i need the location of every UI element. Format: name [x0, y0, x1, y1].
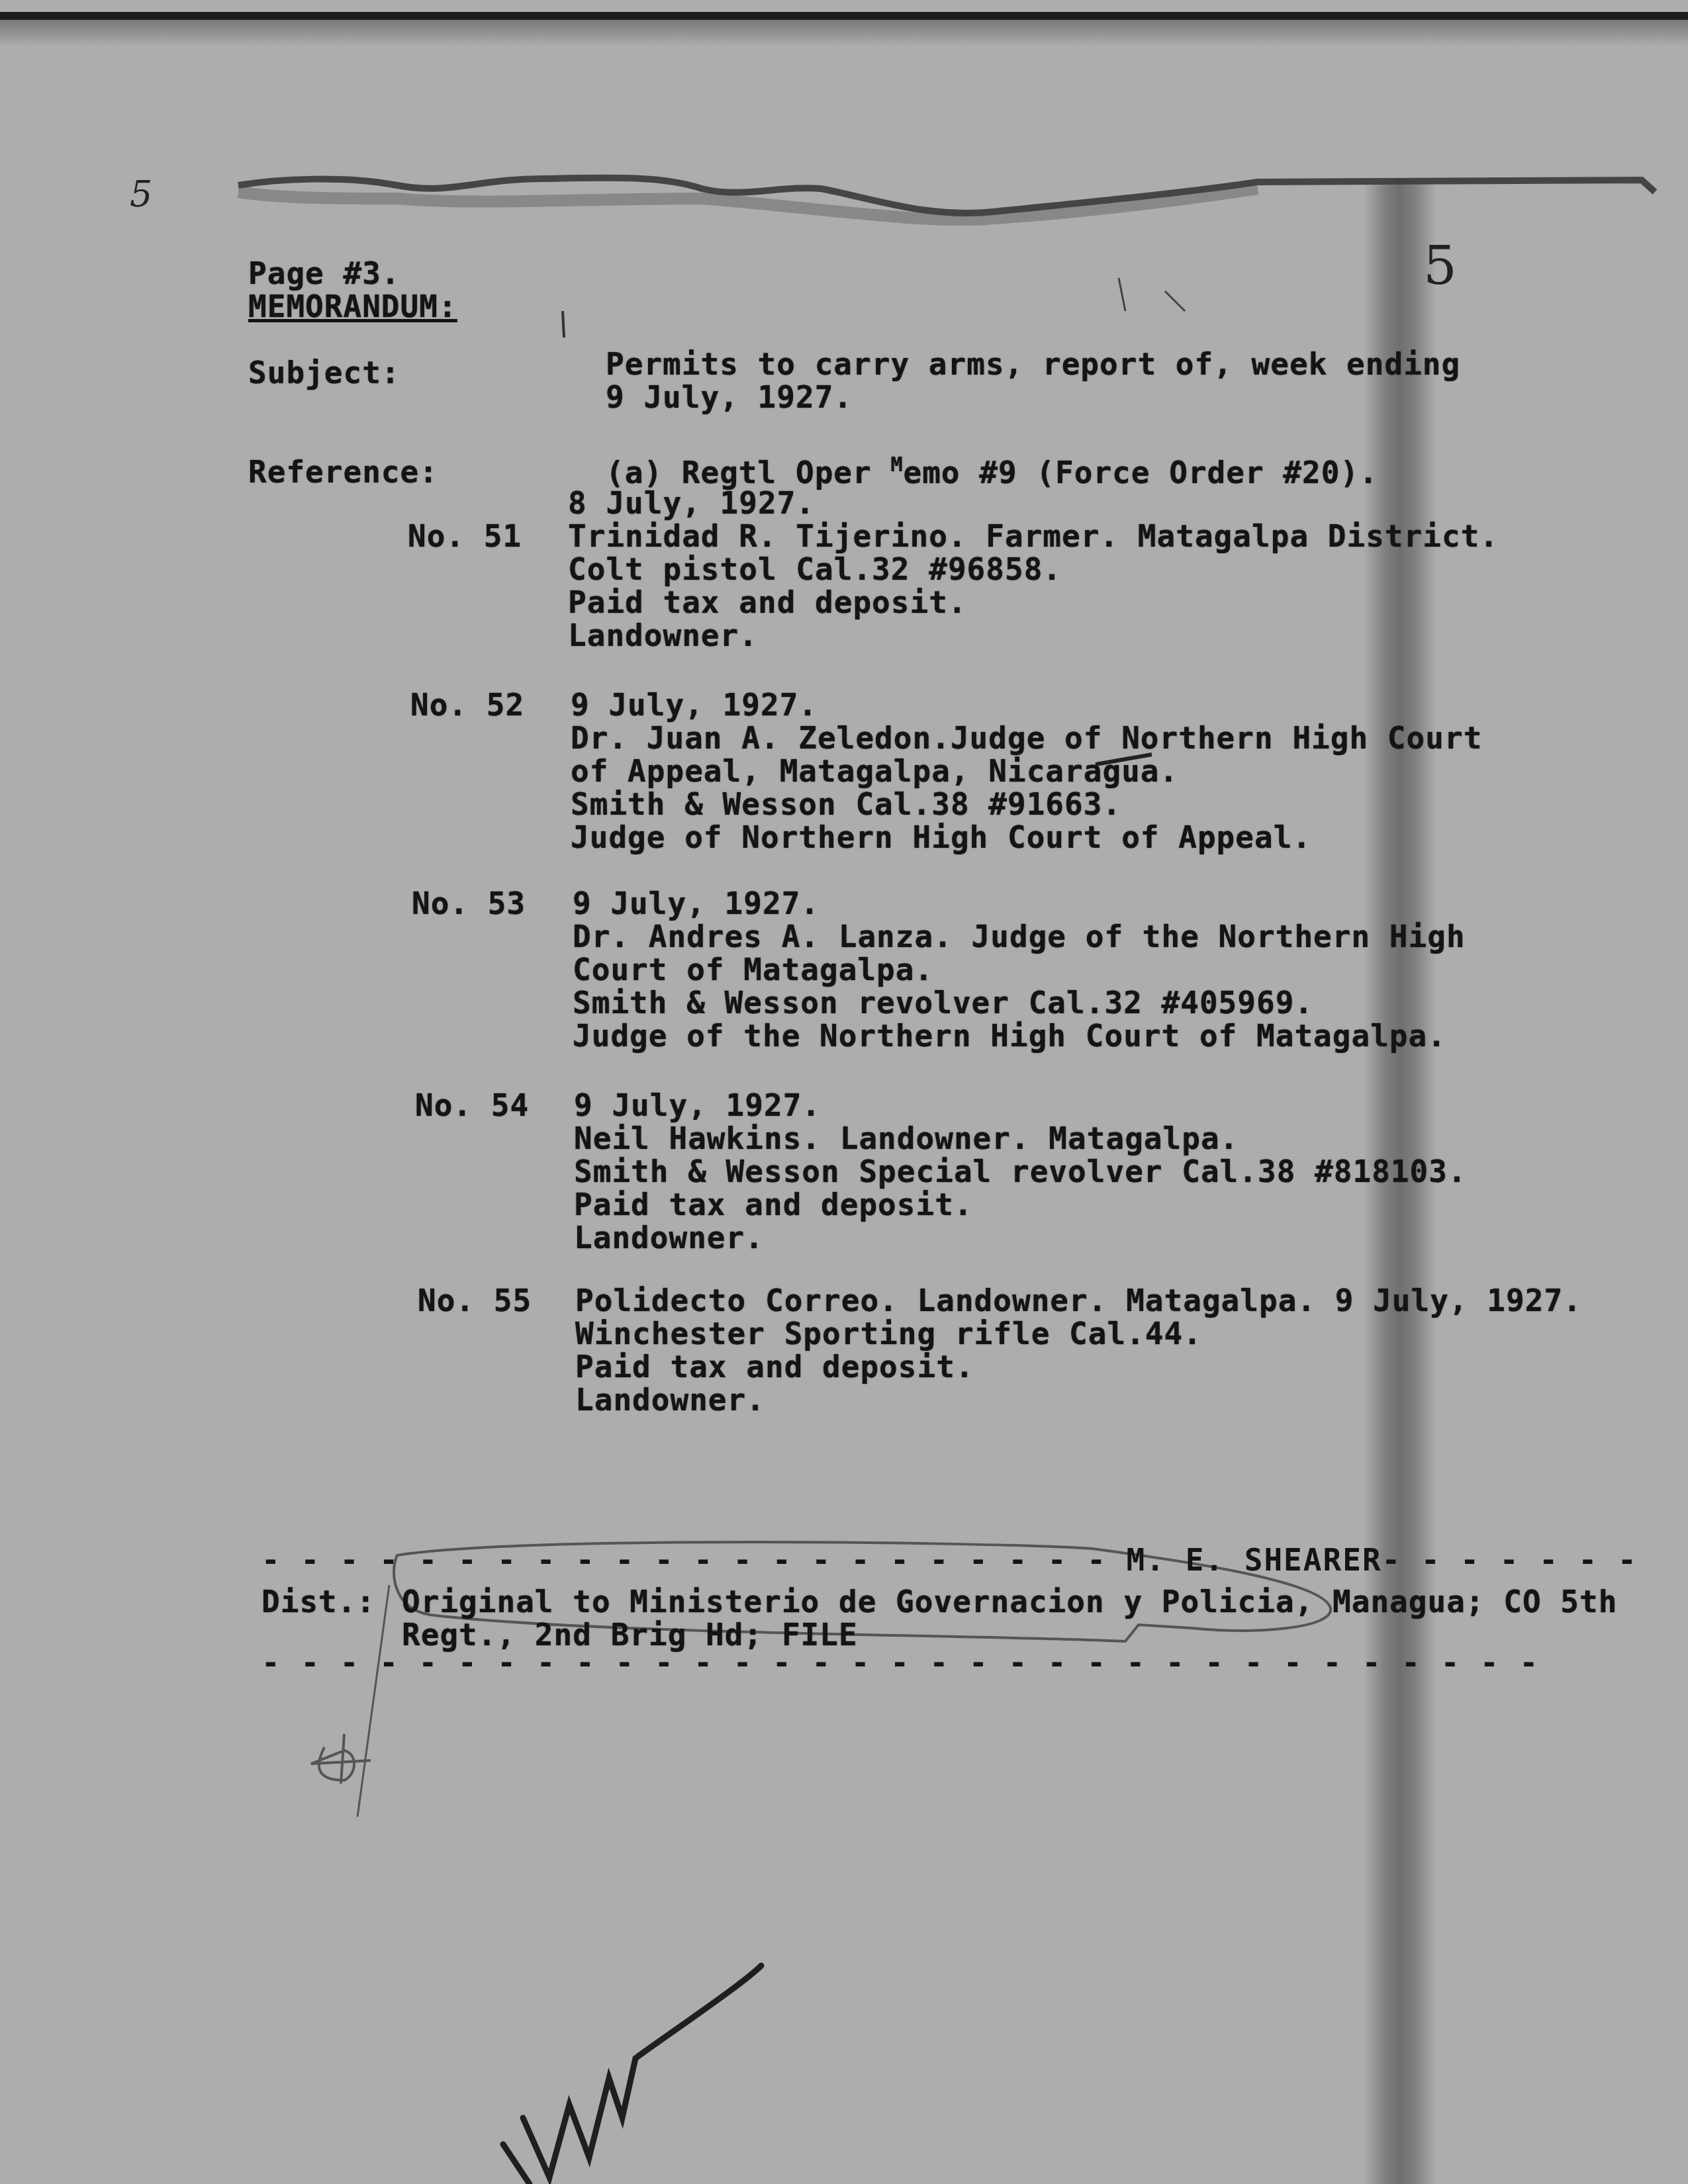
distribution-line-1: Original to Ministerio de Governacion y …: [402, 1585, 1617, 1618]
permit-line: Paid tax and deposit.: [575, 1350, 974, 1383]
permit-number: No. 52: [410, 688, 524, 721]
reference-label: Reference:: [248, 455, 438, 488]
subject-line-2: 9 July, 1927.: [606, 381, 853, 414]
permit-line: 9 July, 1927.: [574, 1089, 821, 1122]
permit-line: Paid tax and deposit.: [574, 1188, 973, 1221]
permit-line: Dr. Andres A. Lanza. Judge of the Northe…: [573, 920, 1466, 953]
permit-line: Landowner.: [575, 1383, 765, 1416]
permit-line: Dr. Juan A. Zeledon.Judge of Northern Hi…: [571, 721, 1482, 754]
permit-line: of Appeal, Matagalpa, Nicaragua.: [571, 754, 1178, 788]
permit-line: Paid tax and deposit.: [568, 586, 967, 619]
permit-line: 8 July, 1927.: [568, 486, 815, 520]
subject-line-1: Permits to carry arms, report of, week e…: [606, 347, 1460, 381]
permit-line: Trinidad R. Tijerino. Farmer. Matagalpa …: [568, 520, 1499, 553]
permit-line: Judge of Northern High Court of Appeal.: [571, 821, 1311, 854]
permit-line: Landowner.: [574, 1221, 764, 1254]
permit-line: 9 July, 1927.: [573, 887, 820, 920]
permit-line: Landowner.: [568, 619, 758, 652]
permit-line: 9 July, 1927.: [571, 688, 818, 721]
margin-page-mark: 5: [130, 173, 152, 215]
reference-text: (a) Regtl Oper Memo #9 (Force Order #20)…: [606, 449, 1378, 489]
page-label: Page #3.: [248, 257, 400, 290]
permit-line: Judge of the Northern High Court of Mata…: [573, 1019, 1446, 1052]
distribution-bottom-rule: - - - - - - - - - - - - - - - - - - - - …: [261, 1645, 1539, 1680]
permit-line: Neil Hawkins. Landowner. Matagalpa.: [574, 1122, 1239, 1155]
permit-line: Winchester Sporting rifle Cal.44.: [575, 1317, 1202, 1350]
permit-number: No. 55: [418, 1284, 532, 1317]
permit-line: Smith & Wesson Cal.38 #91663.: [571, 788, 1121, 821]
permit-number: No. 54: [415, 1089, 529, 1122]
permit-line: Polidecto Correo. Landowner. Matagalpa. …: [575, 1284, 1582, 1317]
document-page: 5 5 Page #3. MEMORANDUM: Subject: Permit…: [0, 0, 1688, 2184]
permit-line: Smith & Wesson Special revolver Cal.38 #…: [574, 1155, 1467, 1188]
signature-line: - - - - - - - - - - - - - - - - - - - - …: [261, 1542, 1638, 1578]
permit-line: Smith & Wesson revolver Cal.32 #405969.: [573, 986, 1313, 1019]
handwritten-page-number: 5: [1423, 235, 1457, 296]
subject-label: Subject:: [248, 356, 400, 389]
permit-number: No. 53: [412, 887, 526, 920]
signer-name: M. E. SHEARER: [1127, 1542, 1382, 1578]
permit-line: Colt pistol Cal.32 #96858.: [568, 553, 1062, 586]
permit-line: Court of Matagalpa.: [573, 953, 933, 986]
distribution-label: Dist.:: [261, 1585, 375, 1618]
permit-number: No. 51: [408, 520, 522, 553]
memo-title: MEMORANDUM:: [248, 290, 457, 323]
